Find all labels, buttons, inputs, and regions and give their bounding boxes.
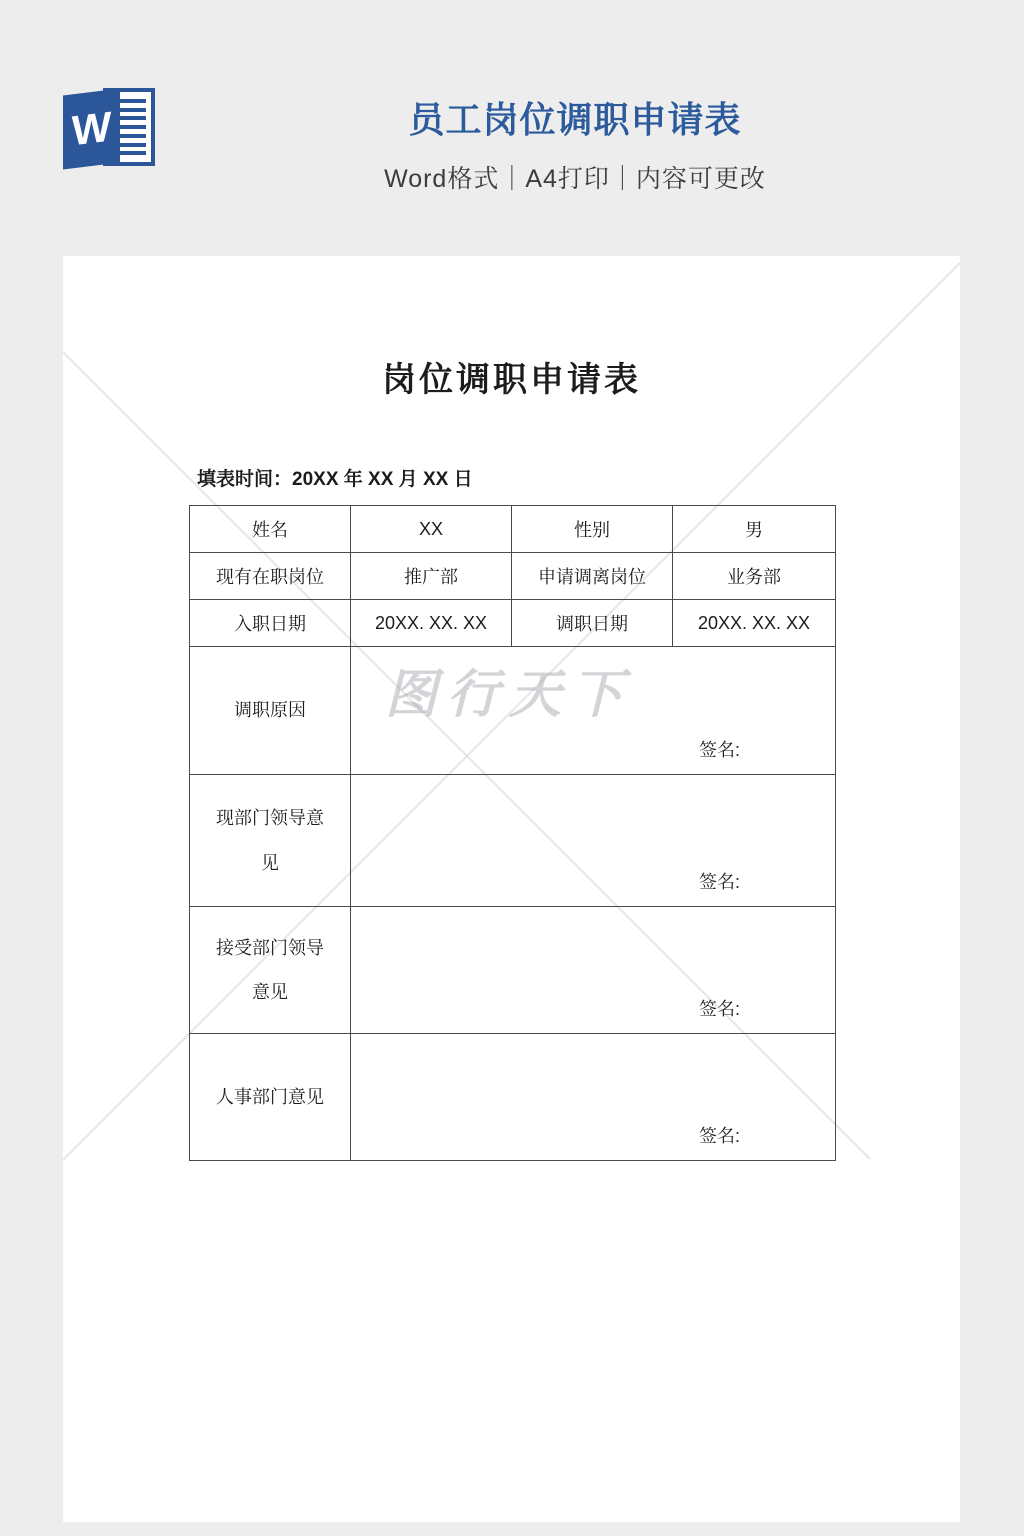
signature-label: 签名: [699,1122,740,1148]
signature-label: 签名: [699,868,740,894]
word-icon-front-panel: W [63,89,120,170]
value-cell-hire-date[interactable]: 20XX. XX. XX [351,600,512,647]
label-cell-receiving-dept-opinion: 接受部门领导意见 [190,907,351,1034]
fill-date-label: 填表时间： [197,469,292,490]
word-icon-letter: W [72,106,112,153]
document-page: 图行天下 岗位调职申请表 填表时间：20XX 年 XX 月 XX 日 姓名 XX… [63,256,960,1522]
table-row-dates: 入职日期 20XX. XX. XX 调职日期 20XX. XX. XX [190,600,836,647]
table-row-hr-dept-opinion: 人事部门意见 签名: [190,1034,836,1161]
label-cell-hire-date: 入职日期 [190,600,351,647]
signature-label: 签名: [699,736,740,762]
table-row-receiving-dept-opinion: 接受部门领导意见 签名: [190,907,836,1034]
table-row-transfer-reason: 调职原因 签名: [190,647,836,775]
label-cell-target-position: 申请调离岗位 [512,553,673,600]
value-cell-current-position[interactable]: 推广部 [351,553,512,600]
value-cell-name[interactable]: XX [351,506,512,553]
header-banner: W 员工岗位调职申请表 Word格式｜A4打印｜内容可更改 [0,0,1024,256]
word-file-icon: W [63,85,155,173]
label-cell-transfer-date: 调职日期 [512,600,673,647]
table-row-positions: 现有在职岗位 推广部 申请调离岗位 业务部 [190,553,836,600]
template-subtitle: Word格式｜A4打印｜内容可更改 [150,159,1000,195]
content-cell-receiving-dept-opinion[interactable]: 签名: [351,907,836,1034]
label-cell-transfer-reason: 调职原因 [190,647,351,775]
label-cell-hr-dept-opinion: 人事部门意见 [190,1034,351,1161]
header-text-block: 员工岗位调职申请表 Word格式｜A4打印｜内容可更改 [150,92,1000,195]
signature-label: 签名: [699,995,740,1021]
value-cell-gender[interactable]: 男 [673,506,836,553]
template-title: 员工岗位调职申请表 [150,92,1000,143]
content-cell-current-dept-opinion[interactable]: 签名: [351,775,836,907]
table-row-current-dept-opinion: 现部门领导意见 签名: [190,775,836,907]
fill-date-value: 20XX 年 XX 月 XX 日 [292,469,473,490]
value-cell-transfer-date[interactable]: 20XX. XX. XX [673,600,836,647]
content-cell-transfer-reason[interactable]: 签名: [351,647,836,775]
label-cell-gender: 性别 [512,506,673,553]
form-title: 岗位调职申请表 [63,352,960,401]
content-cell-hr-dept-opinion[interactable]: 签名: [351,1034,836,1161]
label-cell-current-dept-opinion: 现部门领导意见 [190,775,351,907]
label-cell-name: 姓名 [190,506,351,553]
label-cell-current-position: 现有在职岗位 [190,553,351,600]
transfer-application-table: 姓名 XX 性别 男 现有在职岗位 推广部 申请调离岗位 业务部 入职日期 20… [189,505,836,1161]
fill-date-line: 填表时间：20XX 年 XX 月 XX 日 [197,464,473,491]
value-cell-target-position[interactable]: 业务部 [673,553,836,600]
table-row-name-gender: 姓名 XX 性别 男 [190,506,836,553]
